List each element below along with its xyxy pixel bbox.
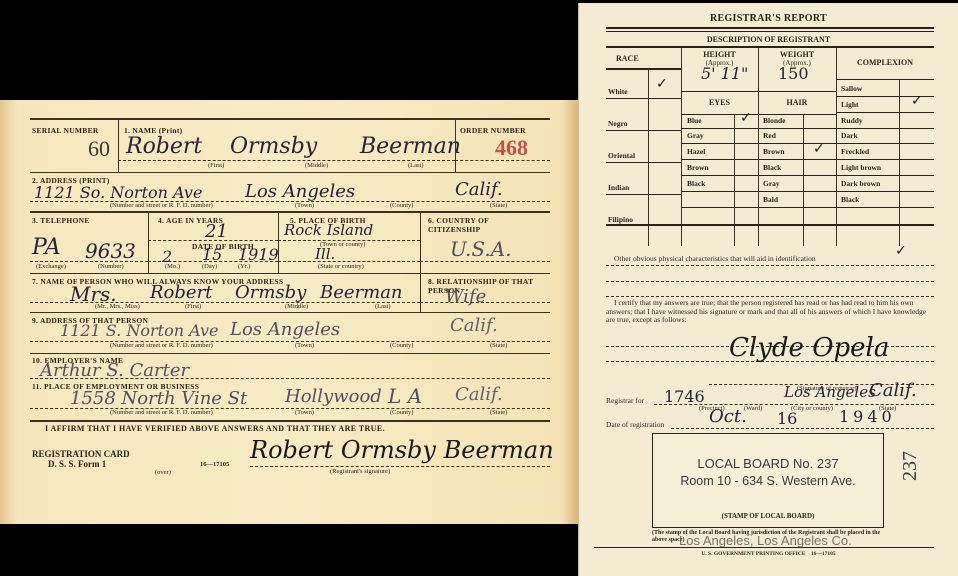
complexion-sallow: Sallow (841, 84, 862, 93)
complexion-light: Light (841, 100, 859, 109)
description-grid: RACE HEIGHT (Approx.) 5' 11" WEIGHT (App… (606, 48, 934, 246)
date-month: Oct. (709, 406, 747, 427)
hair-red: Red (763, 131, 776, 140)
name-first: Robert (126, 134, 202, 159)
complexion-ruddy: Ruddy (841, 116, 863, 125)
order-number-label: ORDER NUMBER (460, 126, 526, 135)
sublabel-c-county: (County) (390, 342, 413, 349)
row-employment-place: 11. PLACE OF EMPLOYMENT OR BUSINESS 1558… (30, 380, 550, 420)
contact-address-state: Calif. (450, 315, 498, 336)
registrant-signature: Robert Ormsby Beerman (250, 436, 554, 464)
sublabel-e-county: (County) (390, 409, 413, 416)
form-id: D. S. S. Form 1 (48, 459, 106, 469)
weight-value: 150 (778, 64, 809, 83)
citizenship-label: 6. COUNTRY OF CITIZENSHIP (428, 216, 513, 234)
header-hair: HAIR (758, 98, 836, 107)
telephone-label: 3. TELEPHONE (32, 216, 90, 225)
sublabel-contact-last: (Last) (375, 303, 391, 310)
sublabel-town: (Town) (295, 202, 314, 209)
registrar-signature: Clyde Opela (729, 333, 889, 363)
form-title: REGISTRATION CARD (32, 449, 130, 459)
report-title: REGISTRAR'S REPORT (579, 13, 958, 24)
header-eyes: EYES (681, 98, 758, 107)
complexion-dark: Dark (841, 131, 858, 140)
row-contact-address: 9. ADDRESS OF THAT PERSON 1121 S. Norton… (30, 313, 550, 351)
telephone-number: 9633 (85, 239, 136, 263)
sublabel-number: (Number) (98, 263, 124, 270)
stamp-line2: Room 10 - 634 S. Western Ave. (653, 474, 883, 488)
complexion-light-check: ✓ (911, 93, 923, 109)
serial-number-label: SERIAL NUMBER (32, 126, 99, 135)
header-weight: WEIGHT (758, 50, 836, 59)
birthplace-town: Rock Island (284, 221, 373, 239)
employment-county: L A (388, 384, 422, 408)
board-number-vertical: 237 (899, 451, 922, 481)
header-complexion: COMPLEXION (836, 58, 934, 67)
row-employer: 10. EMPLOYER'S NAME Arthur S. Carter (30, 354, 550, 376)
stamp-caption: (STAMP OF LOCAL BOARD) (653, 512, 883, 520)
sublabel-state: (State) (490, 202, 507, 209)
sublabel-middle: (Middle) (305, 162, 328, 169)
race-negro: Negro (608, 119, 627, 128)
registrars-report: REGISTRAR'S REPORT DESCRIPTION OF REGIST… (578, 3, 958, 576)
over-label: (over) (155, 469, 171, 476)
sublabel-c-town: (Town) (295, 342, 314, 349)
relationship-value: Wife (445, 286, 486, 307)
sublabel-day: (Day) (202, 263, 217, 270)
header-height: HEIGHT (681, 50, 758, 59)
registrar-for-label: Registrar for (606, 396, 644, 405)
address-state: Calif. (455, 179, 503, 200)
sublabel-street: (Number and street or R. F. D. number) (110, 202, 213, 209)
sublabel-title: (Mr., Mrs., Miss) (95, 303, 140, 310)
sublabel-e-state: (State) (490, 409, 507, 416)
sublabel-last: (Last) (408, 162, 424, 169)
complexion-light-brown: Light brown (841, 163, 881, 172)
other-characteristics-check: ✓ (895, 243, 907, 259)
sublabel-c-state: (State) (490, 342, 507, 349)
name-last: Beerman (360, 134, 461, 159)
row-address: 2. ADDRESS (Print) 1121 So. Norton Ave L… (30, 173, 550, 211)
sublabel-contact-middle: (Middle) (285, 303, 308, 310)
citizenship-value: U.S.A. (450, 237, 512, 261)
row-phone-age-birth: 3. TELEPHONE PA 9633 (Exchange) (Number)… (30, 213, 550, 273)
eyes-hazel: Hazel (687, 147, 705, 156)
registration-card-front: SERIAL NUMBER 60 1. NAME (Print) Robert … (0, 100, 578, 524)
age-value: 21 (205, 221, 228, 242)
contact-address-street: 1121 S. Norton Ave (60, 321, 219, 340)
employment-state: Calif. (455, 384, 503, 405)
height-value: 5' 11" (701, 64, 748, 83)
sublabel-first: (First) (208, 162, 224, 169)
row-name: SERIAL NUMBER 60 1. NAME (Print) Robert … (30, 120, 550, 172)
race-white: White (608, 87, 628, 96)
sublabel-county: (County) (390, 202, 413, 209)
affirmation-text: I AFFIRM THAT I HAVE VERIFIED ABOVE ANSW… (45, 424, 385, 433)
race-white-check: ✓ (656, 76, 668, 92)
date-year: 1940 (839, 407, 896, 426)
eyes-blue-check: ✓ (740, 110, 752, 126)
telephone-exchange: PA (32, 235, 61, 260)
contact-middle: Ormsby (235, 282, 306, 303)
sublabel-c-street: (Number and street or R. F. D. number) (110, 342, 213, 349)
sublabel-contact-first: (First) (185, 303, 201, 310)
hair-bald: Bald (763, 195, 778, 204)
eyes-blue: Blue (687, 116, 702, 125)
sublabel-mo: (Mo.) (165, 263, 180, 270)
report-subtitle: DESCRIPTION OF REGISTRANT (579, 35, 958, 44)
hair-black: Black (763, 163, 781, 172)
other-characteristics-label: Other obvious physical characteristics t… (614, 254, 816, 263)
sublabel-e-town: (Town) (295, 409, 314, 416)
sublabel-e-street: (Number and street or R. F. D. number) (110, 409, 213, 416)
race-filipino: Filipino (608, 215, 633, 224)
date-label: Date of registration (606, 420, 664, 429)
registrar-city: Los Angeles (784, 383, 876, 401)
card-frame: SERIAL NUMBER 60 1. NAME (Print) Robert … (30, 118, 550, 513)
hair-brown-check: ✓ (813, 141, 825, 157)
registrar-state: Calif. (869, 380, 917, 401)
contact-last: Beerman (320, 282, 403, 303)
print-code: 16—17105 (200, 461, 229, 468)
header-race: RACE (616, 54, 639, 63)
stamp-overprint: Los Angeles, Los Angeles Co. (679, 533, 852, 548)
race-oriental: Oriental (608, 151, 635, 160)
contact-first: Robert (150, 282, 212, 303)
hair-gray: Gray (763, 179, 780, 188)
hair-brown: Brown (763, 147, 785, 156)
eyes-gray: Gray (687, 131, 704, 140)
row-contact: 7. NAME OF PERSON WHO WILL ALWAYS KNOW Y… (30, 274, 550, 312)
stamp-line1: LOCAL BOARD No. 237 (653, 456, 883, 471)
footer-print: U. S. GOVERNMENT PRINTING OFFICE 16—1710… (579, 551, 958, 557)
eyes-brown: Brown (687, 163, 709, 172)
signature-label: (Registrant's signature) (330, 468, 390, 475)
race-indian: Indian (608, 183, 629, 192)
complexion-black: Black (841, 195, 859, 204)
sublabel-yr: (Yr.) (238, 263, 250, 270)
name-middle: Ormsby (230, 134, 317, 159)
address-town: Los Angeles (245, 181, 355, 202)
serial-number-value: 60 (88, 136, 110, 162)
local-board-stamp: LOCAL BOARD No. 237 Room 10 - 634 S. Wes… (652, 433, 884, 528)
employment-street: 1558 North Vine St (70, 388, 247, 409)
certification-text: I certify that my answers are true; that… (606, 299, 936, 325)
sublabel-exchange: (Exchange) (36, 263, 66, 270)
date-day: 16 (777, 409, 797, 428)
contact-address-town: Los Angeles (230, 319, 340, 340)
complexion-dark-brown: Dark brown (841, 179, 880, 188)
order-number-value: 468 (495, 135, 528, 161)
complexion-freckled: Freckled (841, 147, 869, 156)
employment-town: Hollywood (285, 386, 382, 407)
eyes-black: Black (687, 179, 705, 188)
hair-blonde: Blonde (763, 116, 786, 125)
address-street: 1121 So. Norton Ave (34, 183, 202, 202)
sublabel-birth-state: (State or country) (318, 263, 364, 270)
